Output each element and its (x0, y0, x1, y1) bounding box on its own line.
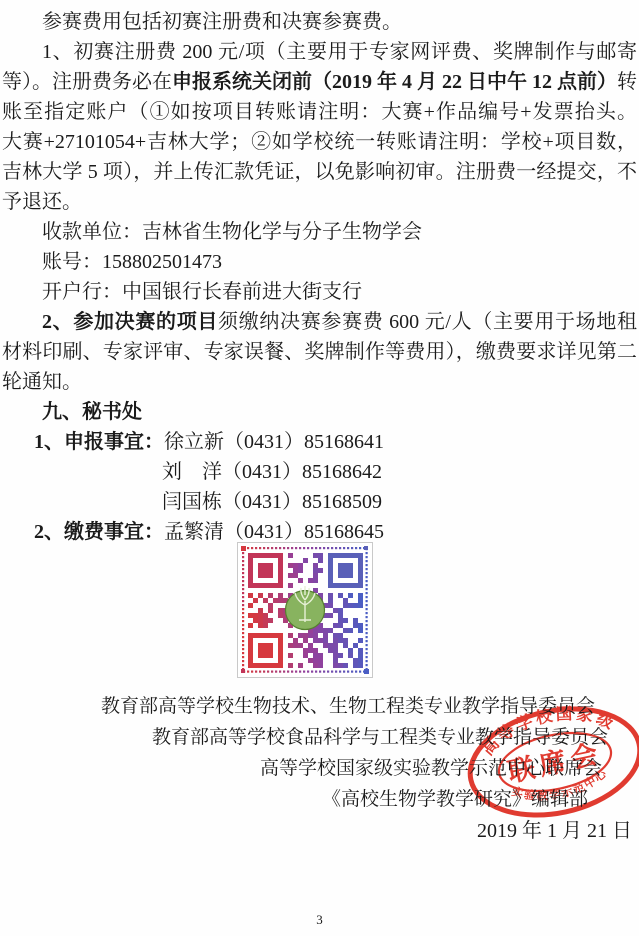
document-line: 材料印刷、专家评审、专家误餐、奖牌制作等费用），缴费要求详见第二 (2, 337, 637, 367)
text-segment: 予退还。 (2, 191, 82, 213)
text-segment: 收款单位：吉林省生物化学与分子生物学会 (42, 221, 422, 243)
text-segment: 账至指定账户（①如按项目转账请注明：大赛+作品编号+发票抬头。例： (2, 101, 637, 127)
document-line: 吉林大学 5 项），并上传汇款凭证，以免影响初审。注册费一经提交，不 (2, 157, 637, 187)
bold-text-segment: 2、缴费事宜： (34, 521, 164, 543)
footer-organization-line: 高等学校国家级实验教学示范中心联席会 (260, 753, 602, 780)
text-segment: 孟繁清（0431）85168645 (164, 521, 384, 543)
document-line: 1、初赛注册费 200 元/项（主要用于专家网评费、奖牌制作与邮寄费 (2, 37, 637, 67)
bold-text-segment: 九、秘书处 (42, 401, 142, 423)
text-segment: 徐立新（0431）85168641 (164, 431, 384, 453)
document-line: 闫国栋（0431）85168509 (2, 487, 637, 517)
qr-code-graphic (238, 543, 372, 677)
document-line: 账至指定账户（①如按项目转账请注明：大赛+作品编号+发票抬头。例： (2, 97, 637, 127)
document-line: 收款单位：吉林省生物化学与分子生物学会 (2, 217, 637, 247)
footer-organization-line: 《高校生物学教学研究》编辑部 (322, 784, 588, 811)
text-segment: 吉林大学 5 项），并上传汇款凭证，以免影响初审。注册费一经提交，不 (2, 161, 637, 183)
document-line: 等）。注册费务必在申报系统关闭前（2019 年 4 月 22 日中午 12 点前… (2, 67, 637, 97)
text-segment: 刘 洋（0431）85168642 (162, 461, 382, 483)
document-line: 2、参加决赛的项目须缴纳决赛参赛费 600 元/人（主要用于场地租用、 (2, 307, 637, 337)
text-segment: 大赛+27101054+吉林大学；②如学校统一转账请注明：学校+项目数，例： (2, 131, 637, 157)
document-line: 账号：158802501473 (2, 247, 637, 277)
text-segment: 转 (617, 71, 637, 93)
document-line: 开户行：中国银行长春前进大街支行 (2, 277, 637, 307)
bold-text-segment: 2、参加决赛的项目 (42, 311, 218, 333)
footer-organization-line: 教育部高等学校食品科学与工程类专业教学指导委员会 (152, 722, 608, 749)
payment-qr-code (237, 542, 373, 678)
text-segment: 闫国栋（0431）85168509 (162, 491, 382, 513)
document-date: 2019 年 1 月 21 日 (477, 814, 632, 843)
text-segment: 轮通知。 (2, 371, 82, 393)
text-segment: 材料印刷、专家评审、专家误餐、奖牌制作等费用），缴费要求详见第二 (2, 341, 637, 363)
bold-text-segment: 申报系统关闭前（2019 年 4 月 22 日中午 12 点前） (172, 71, 617, 93)
text-segment: 等）。注册费务必在 (2, 71, 172, 93)
document-body: 参赛费用包括初赛注册费和决赛参赛费。1、初赛注册费 200 元/项（主要用于专家… (2, 7, 637, 547)
page-number: 3 (316, 912, 323, 928)
document-line: 刘 洋（0431）85168642 (2, 457, 637, 487)
document-line: 1、申报事宜：徐立新（0431）85168641 (2, 427, 637, 457)
document-page: 参赛费用包括初赛注册费和决赛参赛费。1、初赛注册费 200 元/项（主要用于专家… (0, 0, 639, 936)
document-line: 九、秘书处 (2, 397, 637, 427)
document-line: 大赛+27101054+吉林大学；②如学校统一转账请注明：学校+项目数，例： (2, 127, 637, 157)
document-line: 参赛费用包括初赛注册费和决赛参赛费。 (2, 7, 637, 37)
document-line: 予退还。 (2, 187, 637, 217)
text-segment: 开户行：中国银行长春前进大街支行 (42, 281, 362, 303)
text-segment: 1、初赛注册费 200 元/项（主要用于专家网评费、奖牌制作与邮寄费 (42, 41, 637, 67)
document-line: 轮通知。 (2, 367, 637, 397)
footer-organization-line: 教育部高等学校生物技术、生物工程类专业教学指导委员会 (101, 691, 595, 718)
text-segment: 参赛费用包括初赛注册费和决赛参赛费。 (42, 11, 402, 33)
bold-text-segment: 1、申报事宜： (34, 431, 164, 453)
text-segment: 账号：158802501473 (42, 251, 222, 273)
